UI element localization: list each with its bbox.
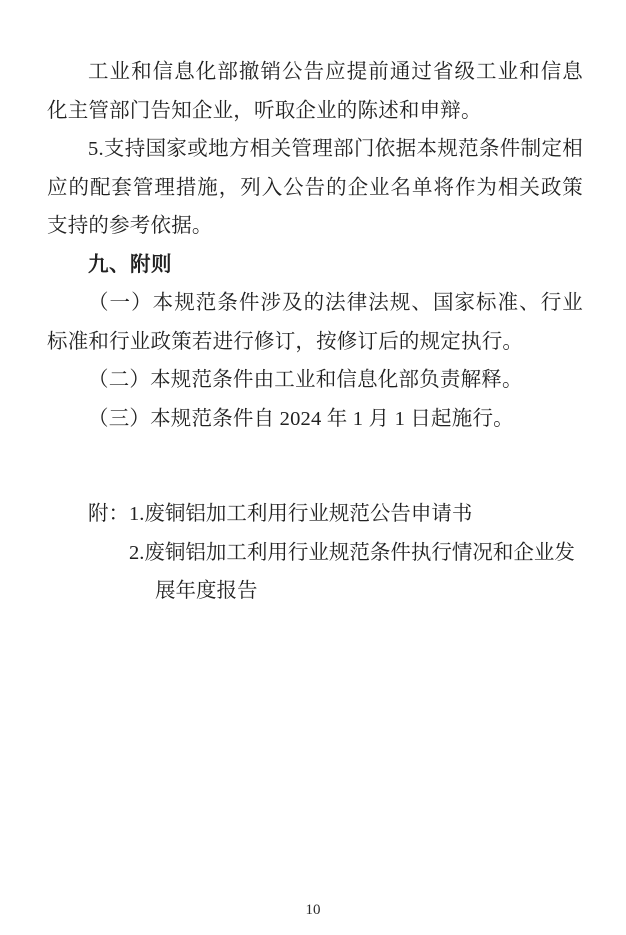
paragraph-policy-support: 5.支持国家或地方相关管理部门依据本规范条件制定相应的配套管理措施，列入公告的企… — [47, 130, 583, 246]
attachments-label: 附： — [88, 495, 129, 534]
document-page: 工业和信息化部撤销公告应提前通过省级工业和信息化主管部门告知企业，听取企业的陈述… — [0, 0, 626, 935]
paragraph-clause-one: （一）本规范条件涉及的法律法规、国家标准、行业标准和行业政策若进行修订，按修订后… — [47, 284, 583, 361]
attachment-item-annual-report: 2.废铜铝加工利用行业规范条件执行情况和企业发展年度报告 — [129, 534, 583, 611]
attachments-block: 附： 1.废铜铝加工利用行业规范公告申请书 2.废铜铝加工利用行业规范条件执行情… — [47, 495, 583, 611]
document-body: 工业和信息化部撤销公告应提前通过省级工业和信息化主管部门告知企业，听取企业的陈述… — [47, 53, 583, 611]
paragraph-clause-three: （三）本规范条件自 2024 年 1 月 1 日起施行。 — [47, 400, 583, 439]
paragraph-withdrawal-notice: 工业和信息化部撤销公告应提前通过省级工业和信息化主管部门告知企业，听取企业的陈述… — [47, 53, 583, 130]
page-number: 10 — [0, 901, 626, 919]
attachments-list: 1.废铜铝加工利用行业规范公告申请书 2.废铜铝加工利用行业规范条件执行情况和企… — [129, 495, 583, 611]
attachment-item-application-form: 1.废铜铝加工利用行业规范公告申请书 — [129, 495, 583, 534]
section-heading-supplementary-provisions: 九、附则 — [47, 246, 583, 285]
paragraph-clause-two: （二）本规范条件由工业和信息化部负责解释。 — [47, 361, 583, 400]
